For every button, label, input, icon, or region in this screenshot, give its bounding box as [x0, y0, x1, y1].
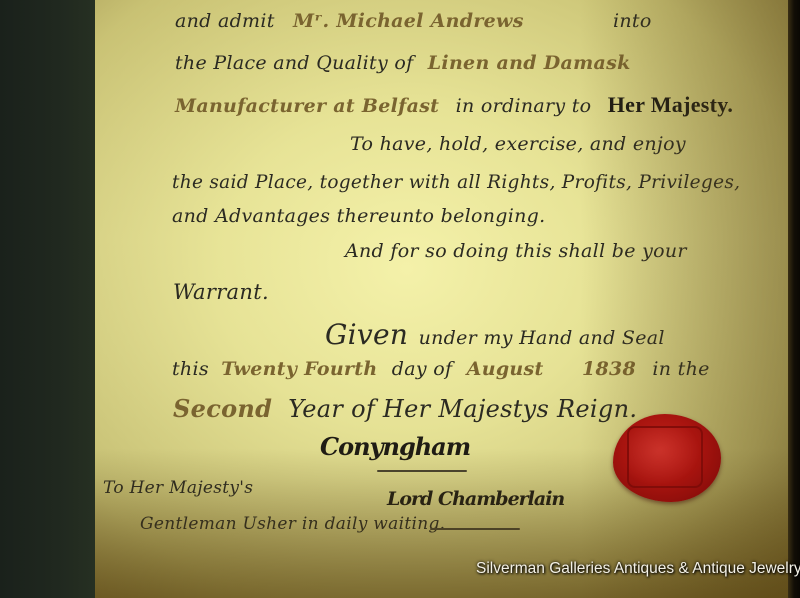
appointee-name: Mʳ. Michael Andrews — [293, 10, 524, 32]
addressee-underline — [430, 528, 520, 530]
text-line-10: this Twenty Fourth day of August 1838 in… — [172, 358, 710, 380]
text-line-3: Manufacturer at Belfast in ordinary to H… — [175, 92, 733, 118]
warrant-document: and admit Mʳ. Michael Andrews into the P… — [95, 0, 788, 598]
regnal-year: Second — [173, 394, 272, 423]
signature-conyngham: Conyngham — [320, 432, 470, 461]
signature-lord-chamberlain: Lord Chamberlain — [387, 488, 564, 510]
text-line-4: To have, hold, exercise, and enjoy — [350, 133, 686, 155]
text-line-6: and Advantages thereunto belonging. — [172, 205, 545, 227]
text-warrant: Warrant. — [173, 280, 269, 304]
text-in-ordinary: in ordinary to — [456, 95, 592, 117]
trade-manufacturer-belfast: Manufacturer at Belfast — [175, 95, 439, 117]
text-place-quality: the Place and Quality of — [175, 52, 413, 74]
text-line-11: Second Year of Her Majestys Reign. — [173, 394, 637, 423]
text-and-admit: and admit — [175, 10, 275, 32]
date-year: 1838 — [582, 358, 636, 380]
red-wax-seal — [613, 414, 721, 502]
text-this: this — [172, 358, 209, 380]
text-line-1: and admit Mʳ. Michael Andrews — [175, 10, 524, 32]
addressee-line-1: To Her Majesty's — [103, 478, 253, 498]
text-day-of: day of — [392, 358, 453, 380]
text-line-5: the said Place, together with all Rights… — [172, 172, 740, 193]
text-year-of-reign: Year of Her Majestys Reign. — [288, 395, 637, 423]
text-her-majesty-gothic: Her Majesty. — [608, 92, 733, 117]
trade-linen-damask: Linen and Damask — [428, 52, 631, 74]
date-day: Twenty Fourth — [221, 358, 377, 380]
date-month: August — [467, 358, 544, 380]
text-given: Given — [325, 318, 408, 351]
text-under-hand-seal: under my Hand and Seal — [419, 327, 665, 349]
text-line-2: the Place and Quality of Linen and Damas… — [175, 52, 631, 74]
text-line-9: Given under my Hand and Seal — [325, 318, 665, 351]
signature-underline — [377, 470, 467, 472]
dark-mat-frame-left — [0, 0, 95, 598]
addressee-line-2: Gentleman Usher in daily waiting. — [140, 514, 445, 534]
text-in-the: in the — [652, 358, 709, 380]
text-into: into — [613, 10, 652, 32]
dark-frame-right — [788, 0, 800, 598]
seal-impression-icon — [627, 426, 703, 488]
gallery-watermark: Silverman Galleries Antiques & Antique J… — [476, 560, 800, 578]
text-line-7: And for so doing this shall be your — [345, 240, 687, 262]
